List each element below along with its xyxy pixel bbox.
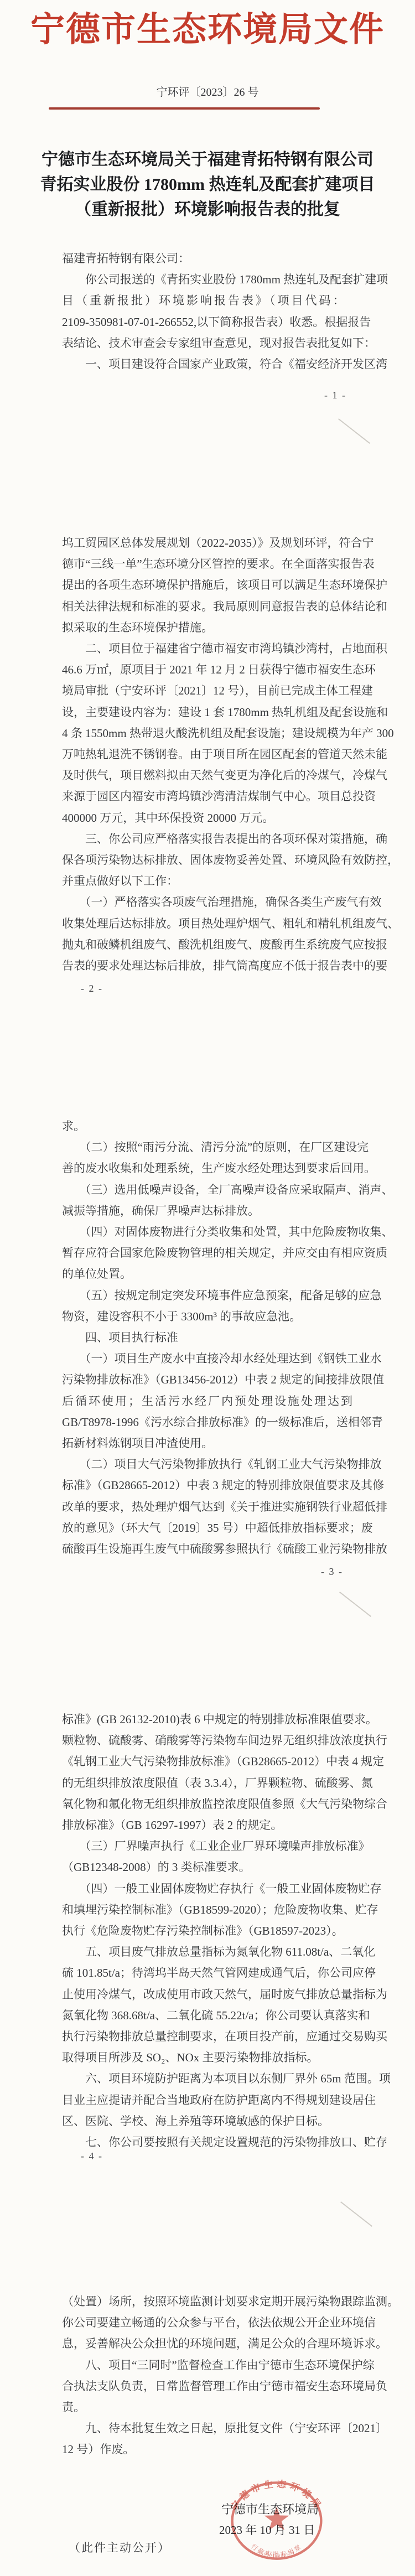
text-line: （四）一般工业固体废物贮存执行《一般工业固体废物贮存 xyxy=(62,1878,391,1899)
text-line: （一）项目生产废水中直接冷却水经处理达到《钢铁工业水 xyxy=(62,1348,393,1369)
text-line: 执行《危险废物贮存污染控制标准》（GB18597-2023）。 xyxy=(62,1920,391,1941)
text-line: 二、项目位于福建省宁德市福安市湾坞镇沙湾村，占地面积 xyxy=(62,638,399,659)
text-line: （五）按规定制定突发环境事件应急预案，配备足够的应急 xyxy=(62,1285,393,1306)
text-line: （二）按照“雨污分流、清污分流”的原则，在厂区建设完 xyxy=(62,1137,393,1158)
text-line: 颗粒物、硫酸雾、硝酸雾等污染物车间边界无组织排放浓度执行 xyxy=(62,1730,391,1751)
disclosure-note: （此件主动公开） xyxy=(69,2539,170,2556)
text-line: 执行污染物排放总量控制要求，在项目投产前，应通过交易购买 xyxy=(62,2026,391,2047)
header-divider xyxy=(49,107,320,110)
text-line: （处置）场所，按照环境监测计划要求定期开展污染物跟踪监测。 xyxy=(62,2291,399,2312)
text-line: 氧化物和氟化物无组织排放监控浓度限值参照《大气污染物综合 xyxy=(62,1794,391,1815)
text-line: 污染物排放标准》（GB13456-2012）中表 2 规定的间接排放限值 xyxy=(62,1369,393,1390)
seal-star-icon xyxy=(264,2507,289,2531)
text-line: 并重点做好以下工作： xyxy=(62,870,399,892)
text-line: 及时供气，项目燃料拟由天然气变更为净化后的冷煤气，冷煤气 xyxy=(62,765,399,786)
text-line: 相关法律法规和标准的要求。我局原则同意报告表的总体结论和 xyxy=(62,596,399,617)
text-line: 六、项目环境防护距离为本项目以东侧厂界外 65m 范围。项 xyxy=(62,2068,391,2089)
text-line: 七、你公司要按照有关规定设置规范的污染物排放口、贮存 xyxy=(62,2132,391,2153)
text-line: 和填埋污染控制标准》（GB18599-2020）；危险废物收集、贮存 xyxy=(62,1899,391,1920)
text-line: 拟采取的生态环境保护措施。 xyxy=(62,617,399,638)
text-line: （三）厂界噪声执行《工业企业厂界环境噪声排放标准》 xyxy=(62,1836,391,1857)
text-line: 硫酸再生设施再生废气中硫酸雾参照执行《硫酸工业污染物排放 xyxy=(62,1538,393,1559)
scan-artifact xyxy=(338,418,370,444)
text-line: 告表的要求处理达标后排放，排气筒高度应不低于报告表中的要 xyxy=(62,955,399,976)
text-line: 标准》（GB28665-2012）中表 3 规定的特别排放限值要求及其修 xyxy=(62,1475,393,1496)
text-line: 氮氧化物 368.68t/a、二氧化硫 55.22t/a；你公司要认真落实和 xyxy=(62,2005,391,2026)
text-line: 目业主应提请并配合当地政府在防护距离内不得规划建设居住 xyxy=(62,2090,391,2111)
text-line: 你公司要建立畅通的公众参与平台，依法依规公开企业环境信 xyxy=(62,2312,399,2333)
text-line: 三、你公司应严格落实报告表提出的各项环保对策措施，确 xyxy=(62,828,399,849)
text-line: 九、待本批复生效之日起，原批复文件（宁安环评〔2021〕 xyxy=(62,2418,399,2439)
text-line: （四）对固体废物进行分类收集和处置，其中危险废物收集、 xyxy=(62,1221,393,1242)
official-seal-stamp: 宁德市生态环境局 行政审批专用章 3509011006979 xyxy=(222,2476,331,2569)
text-line: 青拓实业股份 1780mm 热连轧及配套扩建项目 xyxy=(0,172,415,197)
document-title: 宁德市生态环境局关于福建青拓特钢有限公司青拓实业股份 1780mm 热连轧及配套… xyxy=(0,147,415,222)
text-line: 责。 xyxy=(62,2397,399,2418)
page-number-4: - 4 - xyxy=(81,2150,103,2162)
text-line: 改单的要求，热处理炉烟气达到《关于推进实施钢铁行业超低排 xyxy=(62,1496,393,1517)
text-line: 设，主要建设内容为：建设 1 套 1780mm 热轧机组及配套设施和 xyxy=(62,702,399,723)
page-3-body: 求。 （二）按照“雨污分流、清污分流”的原则，在厂区建设完善的废水收集和处理系统… xyxy=(62,1116,393,1559)
text-line: 的无组织排放浓度限值（表 3.3.4），厂界颗粒物、硫酸雾、氮 xyxy=(62,1772,391,1794)
text-line: 你公司报送的《青拓实业股份 1780mm 热连轧及配套扩建项 xyxy=(62,269,388,290)
text-line: 400000 万元，其中环保投资 20000 万元。 xyxy=(62,807,399,828)
text-line: 抛丸和破鳞机组废气、酸洗机组废气、废酸再生系统废气应按报 xyxy=(62,934,399,955)
text-line: 2109-350981-07-01-266552,以下简称报告表）收悉。根据报告 xyxy=(62,312,388,333)
text-line: 4 条 1550mm 热带退火酸洗机组及配套设施；建设规模为年产 300 xyxy=(62,723,399,744)
text-line: 目（重新报批）环境影响报告表》（项目代码： xyxy=(62,290,388,311)
text-line: 《轧钢工业大气污染物排放标准》（GB28665-2012）中表 4 规定 xyxy=(62,1751,391,1772)
doc-number: 宁环评〔2023〕26 号 xyxy=(0,83,415,99)
text-line: 暂存应符合国家危险废物管理的相关规定，并应交由有相应资质 xyxy=(62,1242,393,1263)
scan-artifact xyxy=(339,1592,371,1617)
text-line: 坞工贸园区总体发展规划（2022-2035）》及规划环评，符合宁 xyxy=(62,532,399,553)
text-line: 一、项目建设符合国家产业政策，符合《福安经济开发区湾 xyxy=(62,354,388,375)
text-line: 四、项目执行标准 xyxy=(62,1327,393,1348)
text-line: 标准》(GB 26132-2010)表 6 中规定的特别排放标准限值要求。 xyxy=(62,1709,391,1730)
text-line: 拓新材料炼钢项目冲渣使用。 xyxy=(62,1433,393,1454)
text-line: 宁德市生态环境局关于福建青拓特钢有限公司 xyxy=(0,147,415,172)
text-line: 12 号）作废。 xyxy=(62,2439,399,2460)
agency-header-title: 宁德市生态环境局文件 xyxy=(0,10,415,50)
text-line: 善的废水收集和处理系统，生产废水经处理达到要求后回用。 xyxy=(62,1158,393,1179)
page-number-3: - 3 - xyxy=(321,1566,343,1578)
text-line: （重新报批）环境影响报告表的批复 xyxy=(0,197,415,222)
text-line: 表结论、技术审查会专家组审查意见，现对报告表批复如下： xyxy=(62,333,388,354)
page-1-body: 福建青拓特钢有限公司： 你公司报送的《青拓实业股份 1780mm 热连轧及配套扩… xyxy=(62,248,388,375)
page-4-body: 标准》(GB 26132-2010)表 6 中规定的特别排放标准限值要求。颗粒物… xyxy=(62,1709,391,2153)
text-line: 境局审批（宁安环评〔2021〕12 号），目前已完成主体工程建 xyxy=(62,680,399,701)
text-line: 排放标准》（GB 16297-1997）表 2 的规定。 xyxy=(62,1815,391,1836)
text-line: （三）选用低噪声设备，全厂高噪声设备应采取隔声、消声、 xyxy=(62,1179,393,1200)
text-line: 求。 xyxy=(62,1116,393,1137)
text-line: （GB12348-2008）的 3 类标准要求。 xyxy=(62,1857,391,1878)
text-line: 放的意见》（环大气〔2019〕35 号）中超低排放指标要求；废 xyxy=(62,1517,393,1538)
document-scan: 宁德市生态环境局文件 宁环评〔2023〕26 号 宁德市生态环境局关于福建青拓特… xyxy=(0,0,415,2576)
text-line: 的单位处置。 xyxy=(62,1263,393,1284)
text-line: 止使用冷煤气，改成使用市政天然气，届时废气排放总量指标为 xyxy=(62,1984,391,2005)
page-5-body: （处置）场所，按照环境监测计划要求定期开展污染物跟踪监测。你公司要建立畅通的公众… xyxy=(62,2291,399,2460)
text-line: 来源于园区内福安市湾坞镇沙湾清洁煤制气中心。项目总投资 xyxy=(62,786,399,807)
text-line: 物资，建设容积不小于 3300m³ 的事故应急池。 xyxy=(62,1306,393,1327)
text-line: 保各项污染物达标排放、固体废物妥善处置、环境风险有效防控， xyxy=(62,849,399,870)
text-line: 区、医院、学校、海上养殖等环境敏感的保护目标。 xyxy=(62,2111,391,2132)
page-number-1: - 1 - xyxy=(324,390,346,401)
text-line: 提出的各项生态环境保护措施后，该项目可以满足生态环境保护 xyxy=(62,574,399,595)
text-line: 46.6 万㎡，原项目于 2021 年 12 月 2 日获得宁德市福安生态环 xyxy=(62,659,399,680)
text-line: （二）项目大气污染物排放执行《轧钢工业大气污染物排放 xyxy=(62,1454,393,1475)
page-2-body: 坞工贸园区总体发展规划（2022-2035）》及规划环评，符合宁德市“三线一单”… xyxy=(62,532,399,976)
text-line: 后循环使用；生活污水经厂内预处理设施处理达到 xyxy=(62,1391,393,1412)
text-line: 福建青拓特钢有限公司： xyxy=(62,248,388,269)
text-line: GB/T8978-1996《污水综合排放标准》的一级标准后，送相邻青 xyxy=(62,1412,393,1433)
text-line: 减振等措施，确保厂界噪声达标排放。 xyxy=(62,1200,393,1221)
text-line: 收集处理后达标排放。项目热处理炉烟气、粗轧和精轧机组废气、 xyxy=(62,913,399,934)
text-line: 德市“三线一单”生态环境分区管控的要求。在全面落实报告表 xyxy=(62,553,399,574)
text-line: 息，妥善解决公众担忧的环境问题，满足公众的合理环境诉求。 xyxy=(62,2333,399,2354)
page-number-2: - 2 - xyxy=(81,983,103,994)
text-line: 五、项目废气排放总量指标为氮氧化物 611.08t/a、二氧化 xyxy=(62,1941,391,1962)
text-line: 取得项目所涉及 SO₂、NOx 主要污染物排放指标。 xyxy=(62,2047,391,2068)
text-line: 硫 101.85t/a；待湾坞半岛天然气管网建成通气后，你公司应停 xyxy=(62,1962,391,1983)
text-line: 合执法支队负责，日常监督管理工作由宁德市福安生态环境局负 xyxy=(62,2376,399,2397)
scan-artifact xyxy=(340,2201,372,2227)
text-line: 八、项目“三同时”监督检查工作由宁德市生态环境保护综 xyxy=(62,2355,399,2376)
text-line: 万吨热轧退洗不锈钢卷。由于项目所在园区配套的管道天然未能 xyxy=(62,744,399,765)
text-line: （一）严格落实各项废气治理措施，确保各类生产废气有效 xyxy=(62,892,399,913)
